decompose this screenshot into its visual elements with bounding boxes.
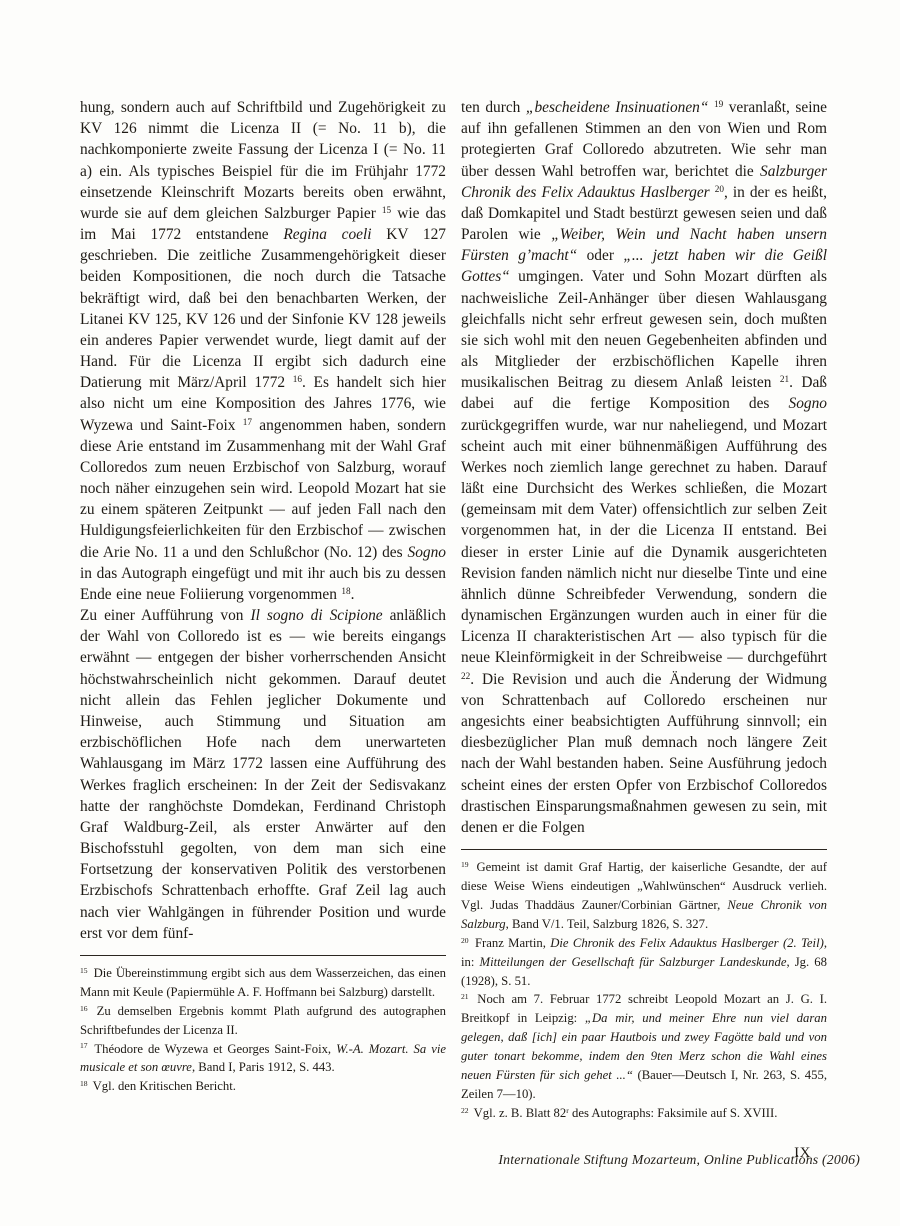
footnote-ref: 16	[293, 374, 302, 384]
footnote-marker: 16	[80, 1004, 88, 1013]
footnote-ref: 18	[341, 586, 350, 596]
text-run: .	[351, 586, 355, 603]
text-run: angenommen haben, sondern diese Arie ent…	[80, 417, 446, 561]
document-page: hung, sondern auch auf Schriftbild und Z…	[0, 0, 900, 1226]
text-run: KV 127 geschrieben. Die zeitliche Zusamm…	[80, 226, 446, 391]
body-paragraph: ten durch „bescheidene Insinuationen“ 19…	[461, 97, 827, 838]
two-column-layout: hung, sondern auch auf Schriftbild und Z…	[0, 0, 900, 1162]
text-run: Regina coeli	[283, 226, 371, 243]
left-footnotes: 15 Die Übereinstimmung ergibt sich aus d…	[80, 964, 446, 1096]
right-footnotes: 19 Gemeint ist damit Graf Hartig, der ka…	[461, 858, 827, 1123]
footnote-marker: 17	[80, 1041, 88, 1050]
text-run: Sogno	[408, 544, 446, 561]
left-column: hung, sondern auch auf Schriftbild und Z…	[80, 97, 446, 1162]
text-run: umgingen. Vater und Sohn Mozart dürften …	[461, 268, 827, 391]
text-run: . Die Revision und auch die Änderung der…	[461, 671, 827, 836]
footnote-marker: 22	[461, 1106, 469, 1115]
right-column: ten durch „bescheidene Insinuationen“ 19…	[461, 97, 827, 1162]
footnote: 17 Théodore de Wyzewa et Georges Saint-F…	[80, 1040, 446, 1078]
text-run	[710, 184, 715, 201]
text-run: , Band V/1. Teil, Salzburg 1826, S. 327.	[506, 917, 708, 931]
left-footnote-rule	[80, 955, 446, 956]
text-run: Franz Martin,	[475, 936, 550, 950]
text-run: Théodore de Wyzewa et Georges Saint-Foix…	[94, 1042, 336, 1056]
footnote: 15 Die Übereinstimmung ergibt sich aus d…	[80, 964, 446, 1002]
right-footnote-rule	[461, 849, 827, 850]
footnote: 21 Noch am 7. Februar 1772 schreibt Leop…	[461, 990, 827, 1104]
footnote-marker: 15	[80, 966, 88, 975]
text-run: des Autographs: Faksimile auf S. XVIII.	[569, 1106, 778, 1120]
footnote-ref: 15	[382, 205, 391, 215]
text-run: Sogno	[789, 395, 827, 412]
text-run: ten durch	[461, 99, 526, 116]
text-run: zurückgegriffen wurde, war nur naheliege…	[461, 417, 827, 667]
text-run: hung, sondern auch auf Schriftbild und Z…	[80, 99, 446, 222]
footnote-ref: 22	[461, 671, 470, 681]
text-run: Zu demselben Ergebnis kommt Plath aufgru…	[80, 1004, 446, 1037]
text-run: Il sogno di Scipione	[250, 607, 382, 624]
footnote-ref: 20	[715, 184, 724, 194]
footnote-ref: 21	[780, 374, 789, 384]
footnote: 20 Franz Martin, Die Chronik des Felix A…	[461, 934, 827, 991]
footnote-marker: 20	[461, 936, 469, 945]
footnote-marker: 18	[80, 1079, 88, 1088]
footnote: 22 Vgl. z. B. Blatt 82r des Autographs: …	[461, 1104, 827, 1123]
text-run: in das Autograph eingefügt und mit ihr a…	[80, 565, 446, 603]
text-run: Die Chronik des Felix Adauktus Haslberge…	[550, 936, 824, 950]
body-paragraph: Zu einer Aufführung von Il sogno di Scip…	[80, 605, 446, 944]
footnote-ref: 19	[714, 99, 723, 109]
left-column-body: hung, sondern auch auf Schriftbild und Z…	[80, 97, 446, 944]
text-run: „bescheidene Insinuationen“	[526, 99, 714, 116]
text-run: Die Übereinstimmung ergibt sich aus dem …	[80, 966, 446, 999]
body-paragraph: hung, sondern auch auf Schriftbild und Z…	[80, 97, 446, 605]
footnote: 16 Zu demselben Ergebnis kommt Plath auf…	[80, 1002, 446, 1040]
text-run: Mitteilungen der Gesellschaft für Salzbu…	[480, 955, 787, 969]
text-run: oder	[577, 247, 623, 264]
footnote-ref: r	[566, 1106, 569, 1115]
text-run: Vgl. z. B. Blatt 82	[474, 1106, 567, 1120]
text-run: , Band I, Paris 1912, S. 443.	[192, 1060, 335, 1074]
footnote-marker: 19	[461, 860, 469, 869]
footnote-ref: 17	[243, 417, 252, 427]
right-column-body: ten durch „bescheidene Insinuationen“ 19…	[461, 97, 827, 838]
text-run: Vgl. den Kritischen Bericht.	[93, 1079, 236, 1093]
text-run: Zu einer Aufführung von	[80, 607, 250, 624]
footnote: 18 Vgl. den Kritischen Bericht.	[80, 1077, 446, 1096]
text-run: anläßlich der Wahl von Colloredo ist es …	[80, 607, 446, 942]
footnote: 19 Gemeint ist damit Graf Hartig, der ka…	[461, 858, 827, 934]
footnote-marker: 21	[461, 992, 469, 1001]
footer-credit: Internationale Stiftung Mozarteum, Onlin…	[498, 1152, 860, 1168]
